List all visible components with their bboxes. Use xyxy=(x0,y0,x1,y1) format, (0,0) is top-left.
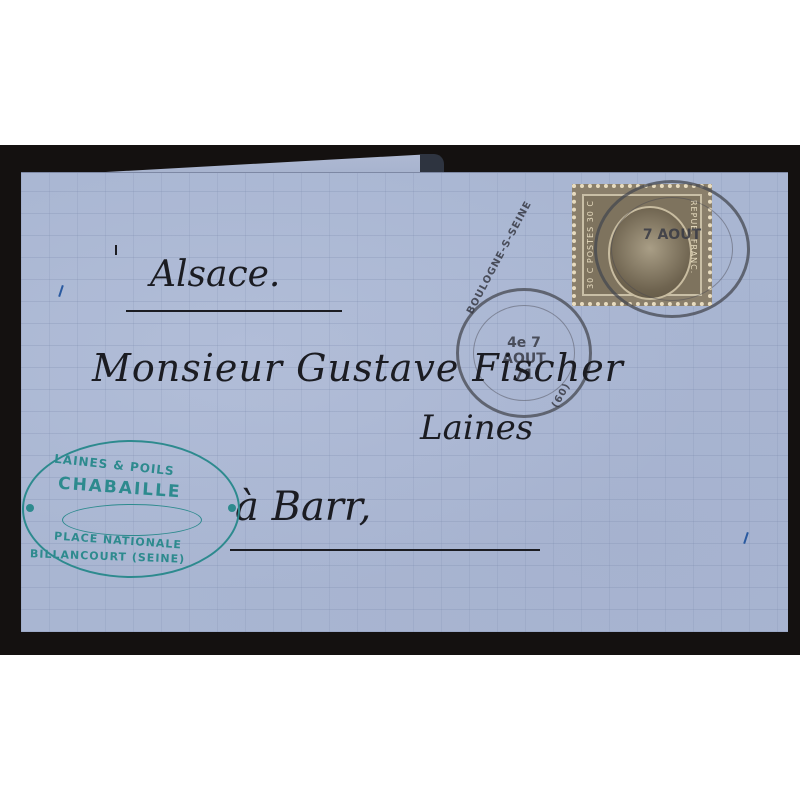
company-cachet: LAINES & POILS CHABAILLE PLACE NATIONALE… xyxy=(22,440,240,578)
address-region: Alsace. xyxy=(150,254,280,295)
address-destination: à Barr, xyxy=(235,484,371,530)
postmark-inner-ring xyxy=(611,197,733,301)
cachet-star-right xyxy=(228,504,236,512)
ink-mark xyxy=(115,245,117,255)
address-trade: Laines xyxy=(420,408,533,448)
cachet-star-left xyxy=(26,504,34,512)
postmark-date: 7 AOUT xyxy=(597,227,747,243)
postmark-on-stamp: 7 AOUT xyxy=(594,180,750,318)
flap-tip xyxy=(420,154,444,174)
fold-line xyxy=(21,172,788,173)
underline-region xyxy=(126,310,342,312)
cachet-company: CHABAILLE xyxy=(57,474,182,503)
underline-destination xyxy=(230,549,540,551)
address-recipient: Monsieur Gustave Fischer xyxy=(92,346,624,390)
